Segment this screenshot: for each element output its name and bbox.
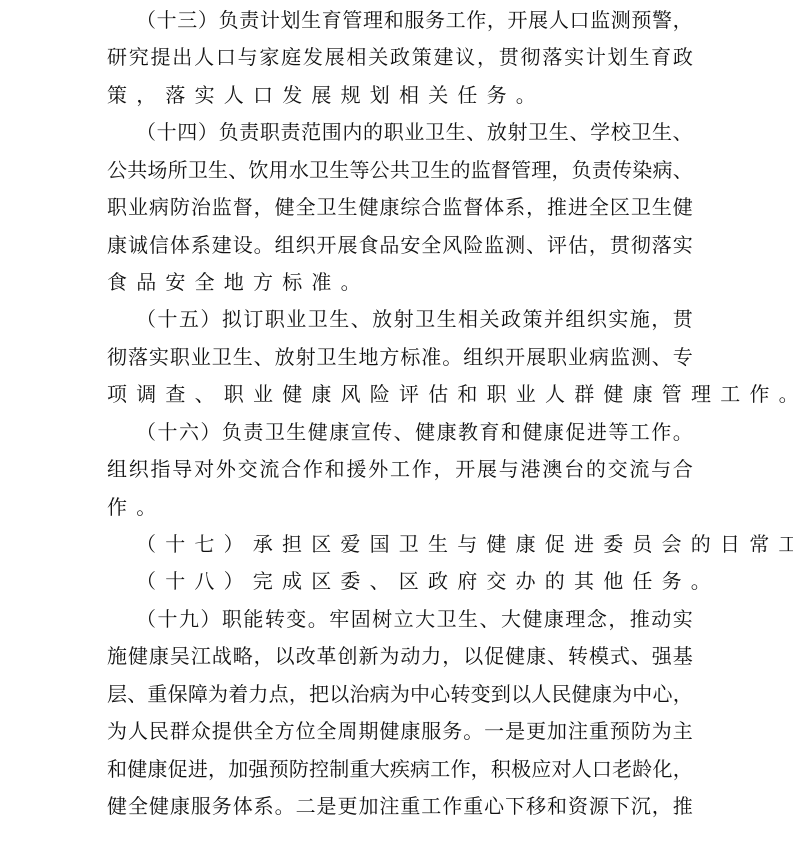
paragraph-13-line-2: 研究提出人口与家庭发展相关政策建议，贯彻落实计划生育政	[107, 42, 693, 72]
paragraph-14-line-1: （十四）负责职责范围内的职业卫生、放射卫生、学校卫生、	[136, 117, 693, 147]
paragraph-16-line-2: 组织指导对外交流合作和援外工作，开展与港澳台的交流与合	[107, 454, 693, 484]
paragraph-19-line-4: 为人民群众提供全方位全周期健康服务。一是更加注重预防为主	[107, 716, 693, 746]
paragraph-15-line-3: 项调查、职业健康风险评估和职业人群健康管理工作。	[107, 379, 693, 409]
paragraph-19-line-3: 层、重保障为着力点，把以治病为中心转变到以人民健康为中心，	[107, 679, 693, 709]
paragraph-13-line-1: （十三）负责计划生育管理和服务工作，开展人口监测预警，	[136, 5, 693, 35]
paragraph-18-line-1: （十八）完成区委、区政府交办的其他任务。	[136, 566, 693, 596]
paragraph-19-line-2: 施健康吴江战略，以改革创新为动力，以促健康、转模式、强基	[107, 641, 693, 671]
paragraph-14-line-2: 公共场所卫生、饮用水卫生等公共卫生的监督管理，负责传染病、	[107, 155, 693, 185]
paragraph-19-line-5: 和健康促进，加强预防控制重大疾病工作，积极应对人口老龄化，	[107, 754, 693, 784]
paragraph-13-line-3: 策，落实人口发展规划相关任务。	[107, 80, 693, 110]
paragraph-17-line-1: （十七）承担区爱国卫生与健康促进委员会的日常工作。	[136, 529, 693, 559]
paragraph-15-line-2: 彻落实职业卫生、放射卫生地方标准。组织开展职业病监测、专	[107, 342, 693, 372]
paragraph-14-line-4: 康诚信体系建设。组织开展食品安全风险监测、评估，贯彻落实	[107, 230, 693, 260]
paragraph-19-line-6: 健全健康服务体系。二是更加注重工作重心下移和资源下沉，推	[107, 791, 693, 821]
paragraph-19-line-1: （十九）职能转变。牢固树立大卫生、大健康理念，推动实	[136, 604, 693, 634]
paragraph-16-line-1: （十六）负责卫生健康宣传、健康教育和健康促进等工作。	[136, 417, 693, 447]
paragraph-16-line-3: 作。	[107, 492, 693, 522]
paragraph-15-line-1: （十五）拟订职业卫生、放射卫生相关政策并组织实施，贯	[136, 304, 693, 334]
paragraph-14-line-5: 食品安全地方标准。	[107, 267, 693, 297]
paragraph-14-line-3: 职业病防治监督，健全卫生健康综合监督体系，推进全区卫生健	[107, 192, 693, 222]
